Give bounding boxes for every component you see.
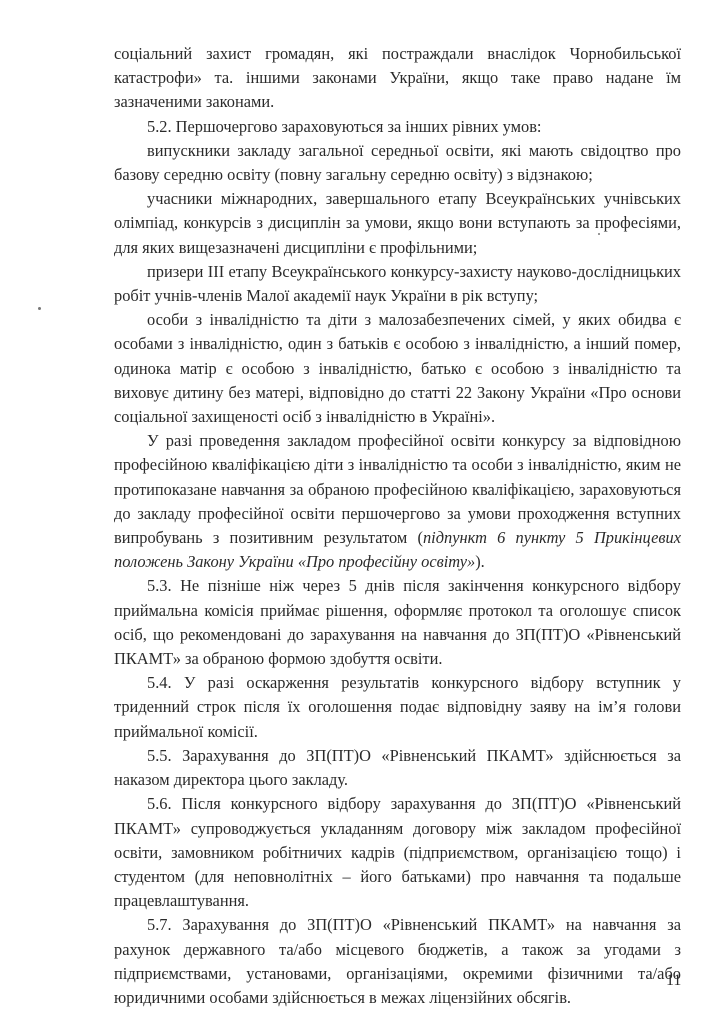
scan-speck <box>38 307 41 310</box>
paragraph-man-winners: призери ІІІ етапу Всеукраїнського конкур… <box>114 260 681 308</box>
scan-speck <box>598 233 600 235</box>
paragraph-olympiad-participants: учасники міжнародних, завершального етап… <box>114 187 681 260</box>
document-page: соціальний захист громадян, які постражд… <box>114 42 681 1010</box>
paragraph-5-4: 5.4. У разі оскарження результатів конку… <box>114 671 681 744</box>
paragraph-continuation: соціальний захист громадян, які постражд… <box>114 42 681 115</box>
paragraph-competition-disabled: У разі проведення закладом професійної о… <box>114 429 681 574</box>
paragraph-5-7: 5.7. Зарахування до ЗП(ПТ)О «Рівненський… <box>114 913 681 1010</box>
paragraph-graduates: випускники закладу загальної середньої о… <box>114 139 681 187</box>
paragraph-5-5: 5.5. Зарахування до ЗП(ПТ)О «Рівненський… <box>114 744 681 792</box>
page-number: 11 <box>666 972 681 990</box>
paragraph-text-end: ). <box>475 552 485 571</box>
paragraph-5-6: 5.6. Після конкурсного відбору зарахуван… <box>114 792 681 913</box>
paragraph-5-2: 5.2. Першочергово зараховуються за інших… <box>114 115 681 139</box>
paragraph-disabled-persons: особи з інвалідністю та діти з малозабез… <box>114 308 681 429</box>
paragraph-5-3: 5.3. Не пізніше ніж через 5 днів після з… <box>114 574 681 671</box>
